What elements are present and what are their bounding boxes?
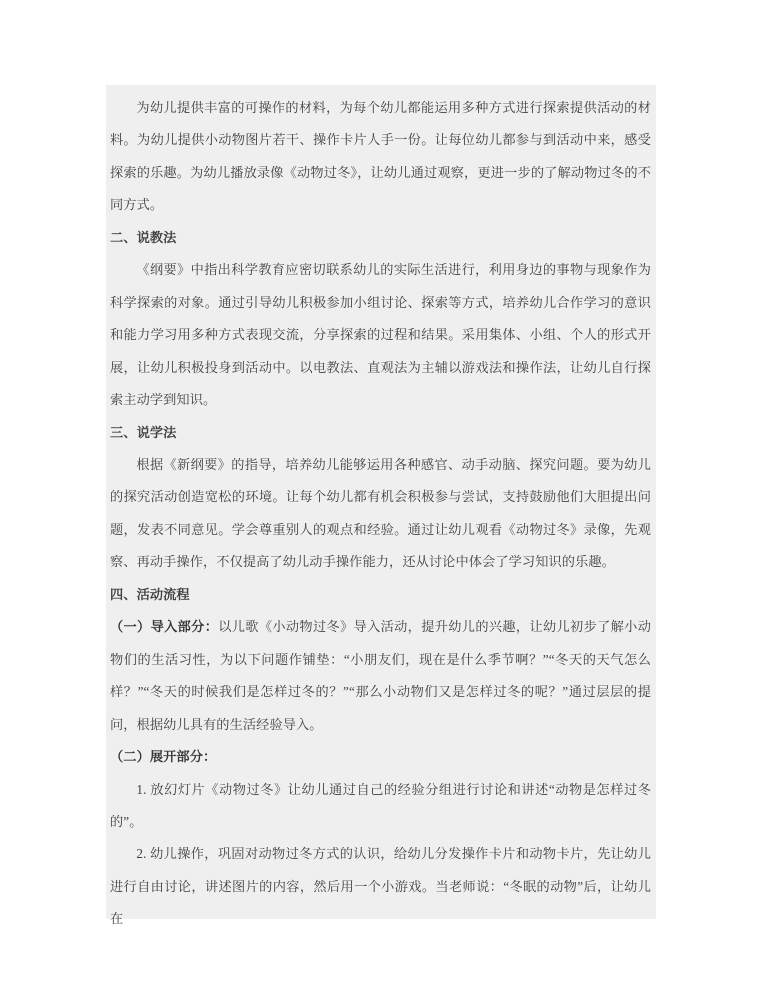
- heading-section-4-activity-flow: 四、活动流程: [110, 579, 651, 611]
- paragraph-part-1-intro: （一）导入部分：以儿歌《小动物过冬》导入活动，提升幼儿的兴趣，让幼儿初步了解小动…: [110, 611, 651, 741]
- heading-section-2-teaching-method: 二、说教法: [110, 222, 651, 254]
- paragraph-teaching-method: 《纲要》中指出科学教育应密切联系幼儿的实际生活进行，利用身边的事物与现象作为科学…: [110, 254, 651, 416]
- document-text-block: 为幼儿提供丰富的可操作的材料，为每个幼儿都能运用多种方式进行探索提供活动的材料。…: [106, 85, 656, 919]
- part-2-expand-lead: （二）展开部分：: [110, 749, 216, 764]
- paragraph-step-1-slides: 1. 放幻灯片《动物过冬》让幼儿通过自己的经验分组进行讨论和讲述“动物是怎样过冬…: [110, 774, 651, 839]
- paragraph-part-2-expand: （二）展开部分：: [110, 741, 651, 773]
- paragraph-activity-materials: 为幼儿提供丰富的可操作的材料，为每个幼儿都能运用多种方式进行探索提供活动的材料。…: [110, 92, 651, 222]
- part-1-intro-text: 以儿歌《小动物过冬》导入活动，提升幼儿的兴趣，让幼儿初步了解小动物们的生活习性，…: [110, 619, 651, 731]
- heading-section-3-learning-method: 三、说学法: [110, 417, 651, 449]
- part-1-intro-lead: （一）导入部分：: [110, 619, 218, 634]
- paragraph-step-2-operation: 2. 幼儿操作，巩固对动物过冬方式的认识，给幼儿分发操作卡片和动物卡片，先让幼儿…: [110, 838, 651, 935]
- paragraph-learning-method: 根据《新纲要》的指导，培养幼儿能够运用各种感官、动手动脑、探究问题。要为幼儿的探…: [110, 449, 651, 579]
